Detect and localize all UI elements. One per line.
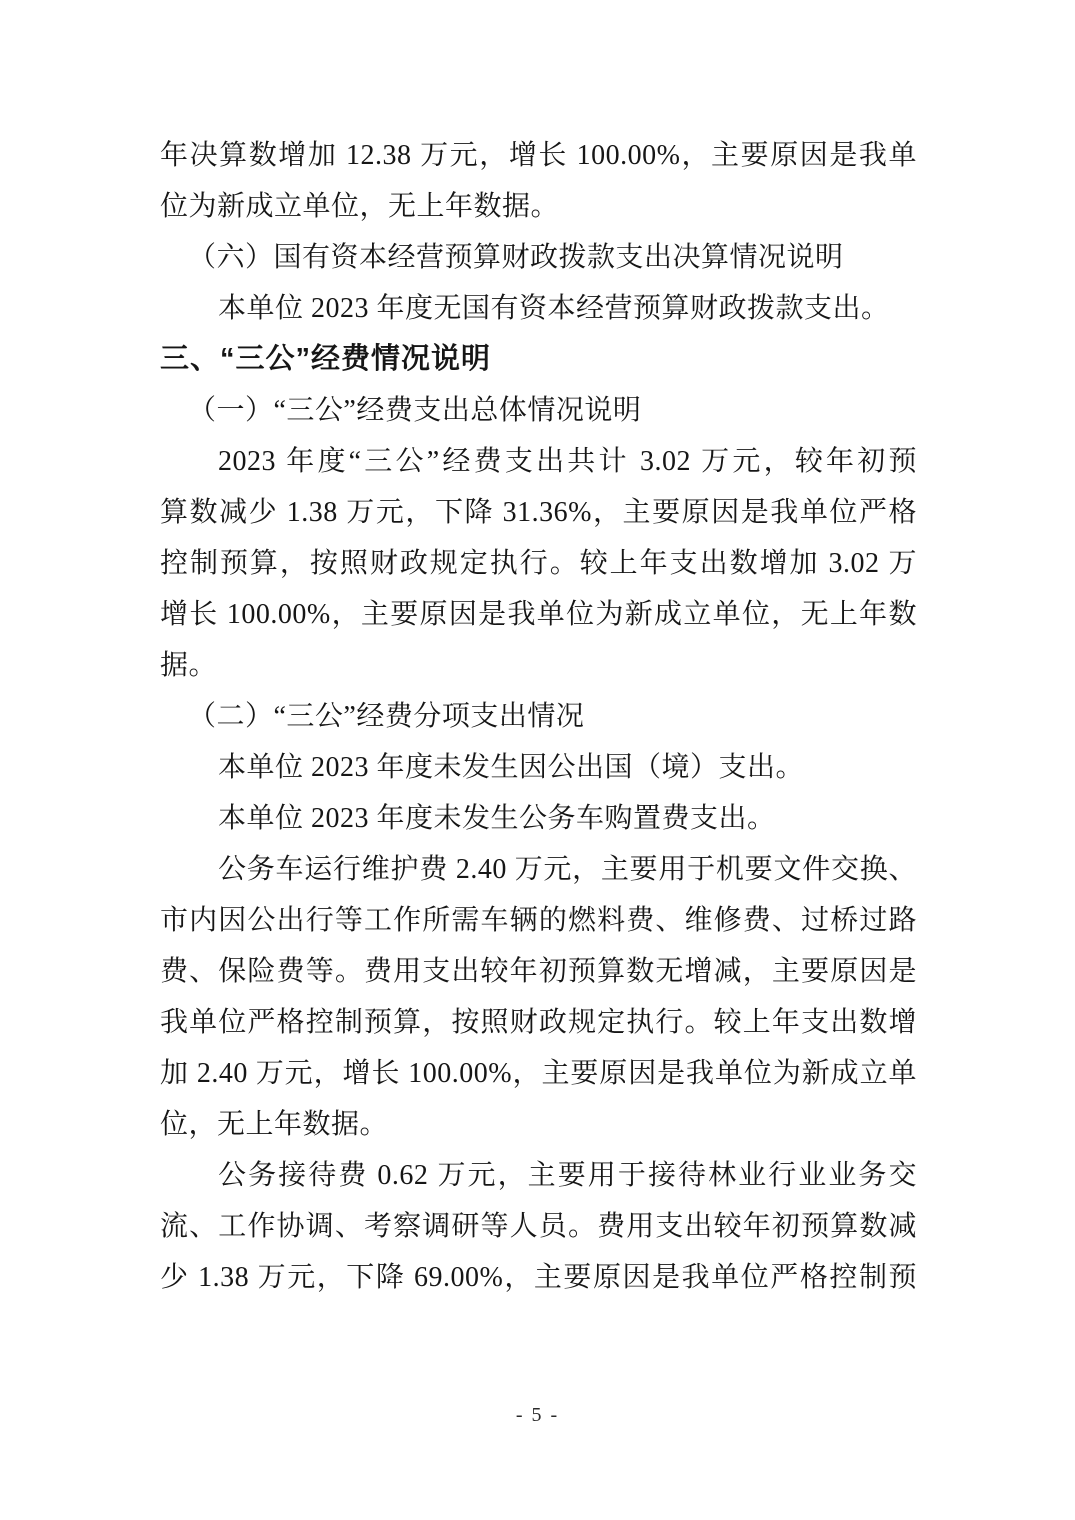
text-line: 本单位 2023 年度无国有资本经营预算财政拨款支出。: [160, 283, 917, 334]
text-line: 本单位 2023 年度未发生公务车购置费支出。: [160, 793, 917, 844]
text-line: （二）“三公”经费分项支出情况: [160, 691, 917, 742]
section-heading: 三、“三公”经费情况说明: [160, 334, 917, 385]
text-line: 公务车运行维护费 2.40 万元，主要用于机要文件交换、: [160, 844, 917, 895]
text-line: 算数减少 1.38 万元，下降 31.36%，主要原因是我单位严格: [160, 487, 917, 538]
text-line: 年决算数增加 12.38 万元，增长 100.00%，主要原因是我单: [160, 130, 917, 181]
text-line: 费、保险费等。费用支出较年初预算数无增减，主要原因是: [160, 946, 917, 997]
document-body: 年决算数增加 12.38 万元，增长 100.00%，主要原因是我单位为新成立单…: [160, 130, 917, 1303]
text-line: 市内因公出行等工作所需车辆的燃料费、维修费、过桥过路: [160, 895, 917, 946]
text-line: 位，无上年数据。: [160, 1099, 917, 1150]
text-line: 2023 年度“三公”经费支出共计 3.02 万元，较年初预: [160, 436, 917, 487]
text-line: 我单位严格控制预算，按照财政规定执行。较上年支出数增: [160, 997, 917, 1048]
text-line: 据。: [160, 640, 917, 691]
page-footer: - 5 -: [0, 1404, 1075, 1427]
text-line: 位为新成立单位，无上年数据。: [160, 181, 917, 232]
text-line: （一）“三公”经费支出总体情况说明: [160, 385, 917, 436]
text-line: 本单位 2023 年度未发生因公出国（境）支出。: [160, 742, 917, 793]
text-line: 加 2.40 万元，增长 100.00%，主要原因是我单位为新成立单: [160, 1048, 917, 1099]
text-line: 流、工作协调、考察调研等人员。费用支出较年初预算数减: [160, 1201, 917, 1252]
page-number: - 5 -: [516, 1404, 559, 1426]
text-line: （六）国有资本经营预算财政拨款支出决算情况说明: [160, 232, 917, 283]
text-line: 公务接待费 0.62 万元，主要用于接待林业行业业务交: [160, 1150, 917, 1201]
text-line: 少 1.38 万元，下降 69.00%，主要原因是我单位严格控制预: [160, 1252, 917, 1303]
document-page: 年决算数增加 12.38 万元，增长 100.00%，主要原因是我单位为新成立单…: [0, 0, 1075, 1520]
text-line: 增长 100.00%，主要原因是我单位为新成立单位，无上年数: [160, 589, 917, 640]
text-line: 控制预算，按照财政规定执行。较上年支出数增加 3.02 万元，: [160, 538, 917, 589]
